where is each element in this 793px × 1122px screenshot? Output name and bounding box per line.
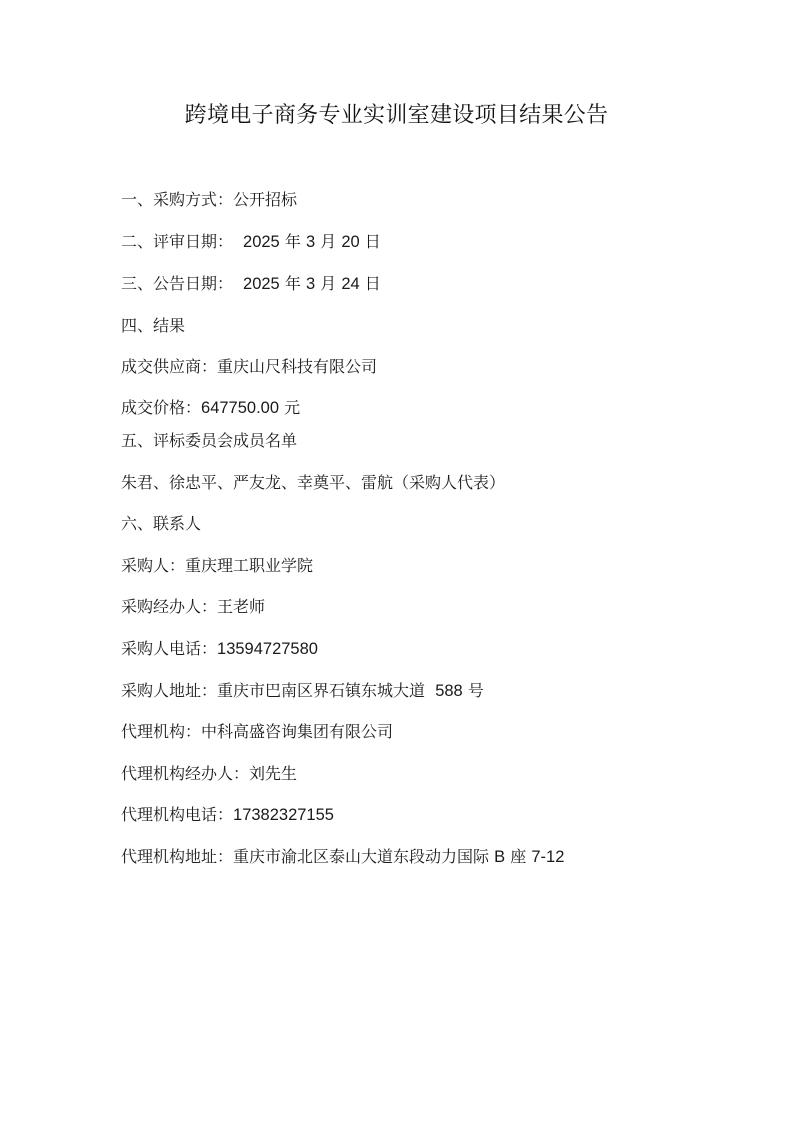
- procurement-method-label: 一、采购方式：: [121, 190, 233, 209]
- agency-phone-label: 代理机构电话：: [121, 805, 233, 824]
- document-page: 跨境电子商务专业实训室建设项目结果公告 一、采购方式：公开招标 二、评审日期：2…: [0, 0, 793, 1122]
- purchaser-phone-line: 采购人电话：13594727580: [121, 638, 318, 660]
- agency-address-room: 7-12: [531, 848, 564, 866]
- agency-line: 代理机构：中科高盛咨询集团有限公司: [121, 721, 393, 743]
- announcement-date-day-unit: 日: [365, 274, 381, 293]
- purchaser-line: 采购人：重庆理工职业学院: [121, 555, 313, 577]
- agency-phone-line: 代理机构电话：17382327155: [121, 804, 334, 826]
- agency-agent-label: 代理机构经办人：: [121, 764, 249, 783]
- purchaser-address-value: 重庆市巴南区界石镇东城大道: [217, 681, 425, 700]
- agency-label: 代理机构：: [121, 722, 201, 741]
- announcement-date-year-unit: 年: [285, 274, 301, 293]
- purchaser-agent-label: 采购经办人：: [121, 597, 217, 616]
- agency-address-value: 重庆市渝北区泰山大道东段动力国际: [233, 847, 489, 866]
- purchaser-address-number: 588: [435, 682, 463, 700]
- purchaser-agent-line: 采购经办人：王老师: [121, 596, 265, 618]
- winning-supplier-line: 成交供应商：重庆山尺科技有限公司: [121, 356, 377, 378]
- purchaser-agent-value: 王老师: [217, 597, 265, 616]
- contacts-heading: 六、联系人: [121, 513, 201, 535]
- result-heading: 四、结果: [121, 315, 185, 337]
- winning-price-label: 成交价格：: [121, 398, 201, 417]
- announcement-date-day: 24: [341, 275, 359, 293]
- winning-price-value: 647750.00: [201, 399, 279, 417]
- agency-agent-line: 代理机构经办人：刘先生: [121, 763, 297, 785]
- committee-members: 朱君、徐忠平、严友龙、幸奠平、雷航（采购人代表）: [121, 472, 505, 494]
- review-date-year-unit: 年: [285, 232, 301, 251]
- agency-address-block: B: [494, 848, 505, 866]
- winning-supplier-value: 重庆山尺科技有限公司: [217, 357, 377, 376]
- announcement-date-year: 2025: [243, 275, 280, 293]
- announcement-date-month-unit: 月: [320, 274, 336, 293]
- procurement-method-line: 一、采购方式：公开招标: [121, 189, 297, 211]
- review-date-year: 2025: [243, 233, 280, 251]
- purchaser-phone-value: 13594727580: [217, 640, 318, 658]
- announcement-date-line: 三、公告日期：2025 年 3 月 24 日: [121, 273, 381, 295]
- announcement-date-month: 3: [306, 275, 315, 293]
- review-date-day-unit: 日: [365, 232, 381, 251]
- purchaser-address-label: 采购人地址：: [121, 681, 217, 700]
- review-date-month-unit: 月: [320, 232, 336, 251]
- winning-supplier-label: 成交供应商：: [121, 357, 217, 376]
- agency-address-line: 代理机构地址：重庆市渝北区泰山大道东段动力国际 B 座 7-12: [121, 846, 564, 868]
- review-date-label: 二、评审日期：: [121, 232, 233, 251]
- agency-value: 中科高盛咨询集团有限公司: [201, 722, 393, 741]
- committee-heading: 五、评标委员会成员名单: [121, 430, 297, 452]
- agency-phone-value: 17382327155: [233, 806, 334, 824]
- document-title: 跨境电子商务专业实训室建设项目结果公告: [0, 100, 793, 132]
- agency-address-label: 代理机构地址：: [121, 847, 233, 866]
- purchaser-address-line: 采购人地址：重庆市巴南区界石镇东城大道 588 号: [121, 680, 484, 702]
- review-date-day: 20: [341, 233, 359, 251]
- purchaser-phone-label: 采购人电话：: [121, 639, 217, 658]
- agency-address-block-suffix: 座: [510, 847, 526, 866]
- purchaser-label: 采购人：: [121, 556, 185, 575]
- winning-price-unit: 元: [284, 398, 300, 417]
- review-date-line: 二、评审日期：2025 年 3 月 20 日: [121, 231, 381, 253]
- purchaser-value: 重庆理工职业学院: [185, 556, 313, 575]
- procurement-method-value: 公开招标: [233, 190, 297, 209]
- winning-price-line: 成交价格：647750.00 元: [121, 397, 300, 419]
- purchaser-address-suffix: 号: [468, 681, 484, 700]
- review-date-month: 3: [306, 233, 315, 251]
- agency-agent-value: 刘先生: [249, 764, 297, 783]
- announcement-date-label: 三、公告日期：: [121, 274, 233, 293]
